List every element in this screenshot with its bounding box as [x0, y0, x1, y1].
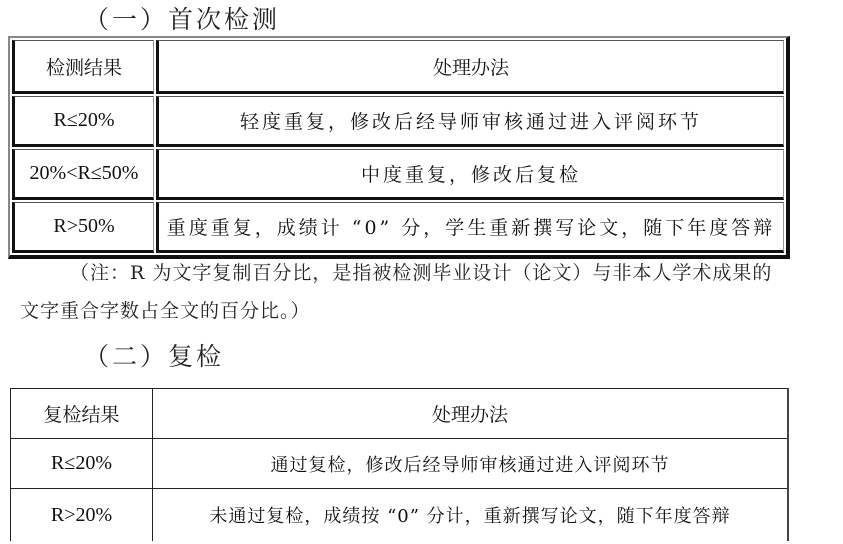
- result-value: R>50%: [53, 215, 114, 237]
- section-title-first-check: （一）首次检测: [84, 0, 280, 36]
- section-title-recheck: （二）复检: [84, 337, 224, 373]
- recheck-table: 复检结果 处理办法 R≤20% 通过复检，修改后经导师审核通过进入评阅环节 R>…: [10, 388, 789, 541]
- table-row: 20%<R≤50% 中度重复，修改后复检: [12, 149, 784, 200]
- table-row: R≤20% 轻度重复，修改后经导师审核通过进入评阅环节: [12, 96, 784, 147]
- table-row: R≤20% 通过复检，修改后经导师审核通过进入评阅环节: [11, 439, 789, 489]
- table-header-row: 复检结果 处理办法: [11, 389, 789, 439]
- header-cell-action: 处理办法: [153, 389, 789, 439]
- result-cell: R>20%: [11, 489, 153, 542]
- result-cell: R≤20%: [12, 96, 154, 147]
- table-row: R>20% 未通过复检，成绩按 “0” 分计，重新撰写论文，随下年度答辩: [11, 489, 789, 542]
- result-cell: 20%<R≤50%: [12, 149, 154, 200]
- result-value: R>20%: [51, 504, 112, 526]
- result-value: R≤20%: [54, 109, 115, 131]
- header-cell-result: 复检结果: [11, 389, 153, 439]
- note-line-2: 文字重合字数占全文的百分比。）: [20, 296, 311, 323]
- action-cell: 通过复检，修改后经导师审核通过进入评阅环节: [153, 439, 789, 489]
- action-cell: 未通过复检，成绩按 “0” 分计，重新撰写论文，随下年度答辩: [153, 489, 789, 542]
- action-cell: 重度重复，成绩计 “0” 分，学生重新撰写论文，随下年度答辩: [156, 202, 784, 253]
- header-label: 复检结果: [43, 404, 119, 426]
- result-value: 20%<R≤50%: [30, 162, 139, 184]
- table-header-row: 检测结果 处理办法: [12, 40, 784, 94]
- action-cell: 轻度重复，修改后经导师审核通过进入评阅环节: [156, 96, 784, 147]
- header-cell-result: 检测结果: [12, 40, 154, 94]
- result-value: R≤20%: [51, 452, 112, 474]
- result-cell: R>50%: [12, 202, 154, 253]
- note-line-1: （注：R 为文字复制百分比，是指被检测毕业设计（论文）与非本人学术成果的: [70, 258, 772, 285]
- header-label: 处理办法: [432, 404, 508, 426]
- header-label: 检测结果: [46, 57, 122, 79]
- first-check-table: 检测结果 处理办法 R≤20% 轻度重复，修改后经导师审核通过进入评阅环节 20…: [8, 36, 790, 259]
- header-cell-action: 处理办法: [156, 40, 784, 94]
- table-row: R>50% 重度重复，成绩计 “0” 分，学生重新撰写论文，随下年度答辩: [12, 202, 784, 253]
- result-cell: R≤20%: [11, 439, 153, 489]
- action-cell: 中度重复，修改后复检: [156, 149, 784, 200]
- header-label: 处理办法: [433, 57, 509, 79]
